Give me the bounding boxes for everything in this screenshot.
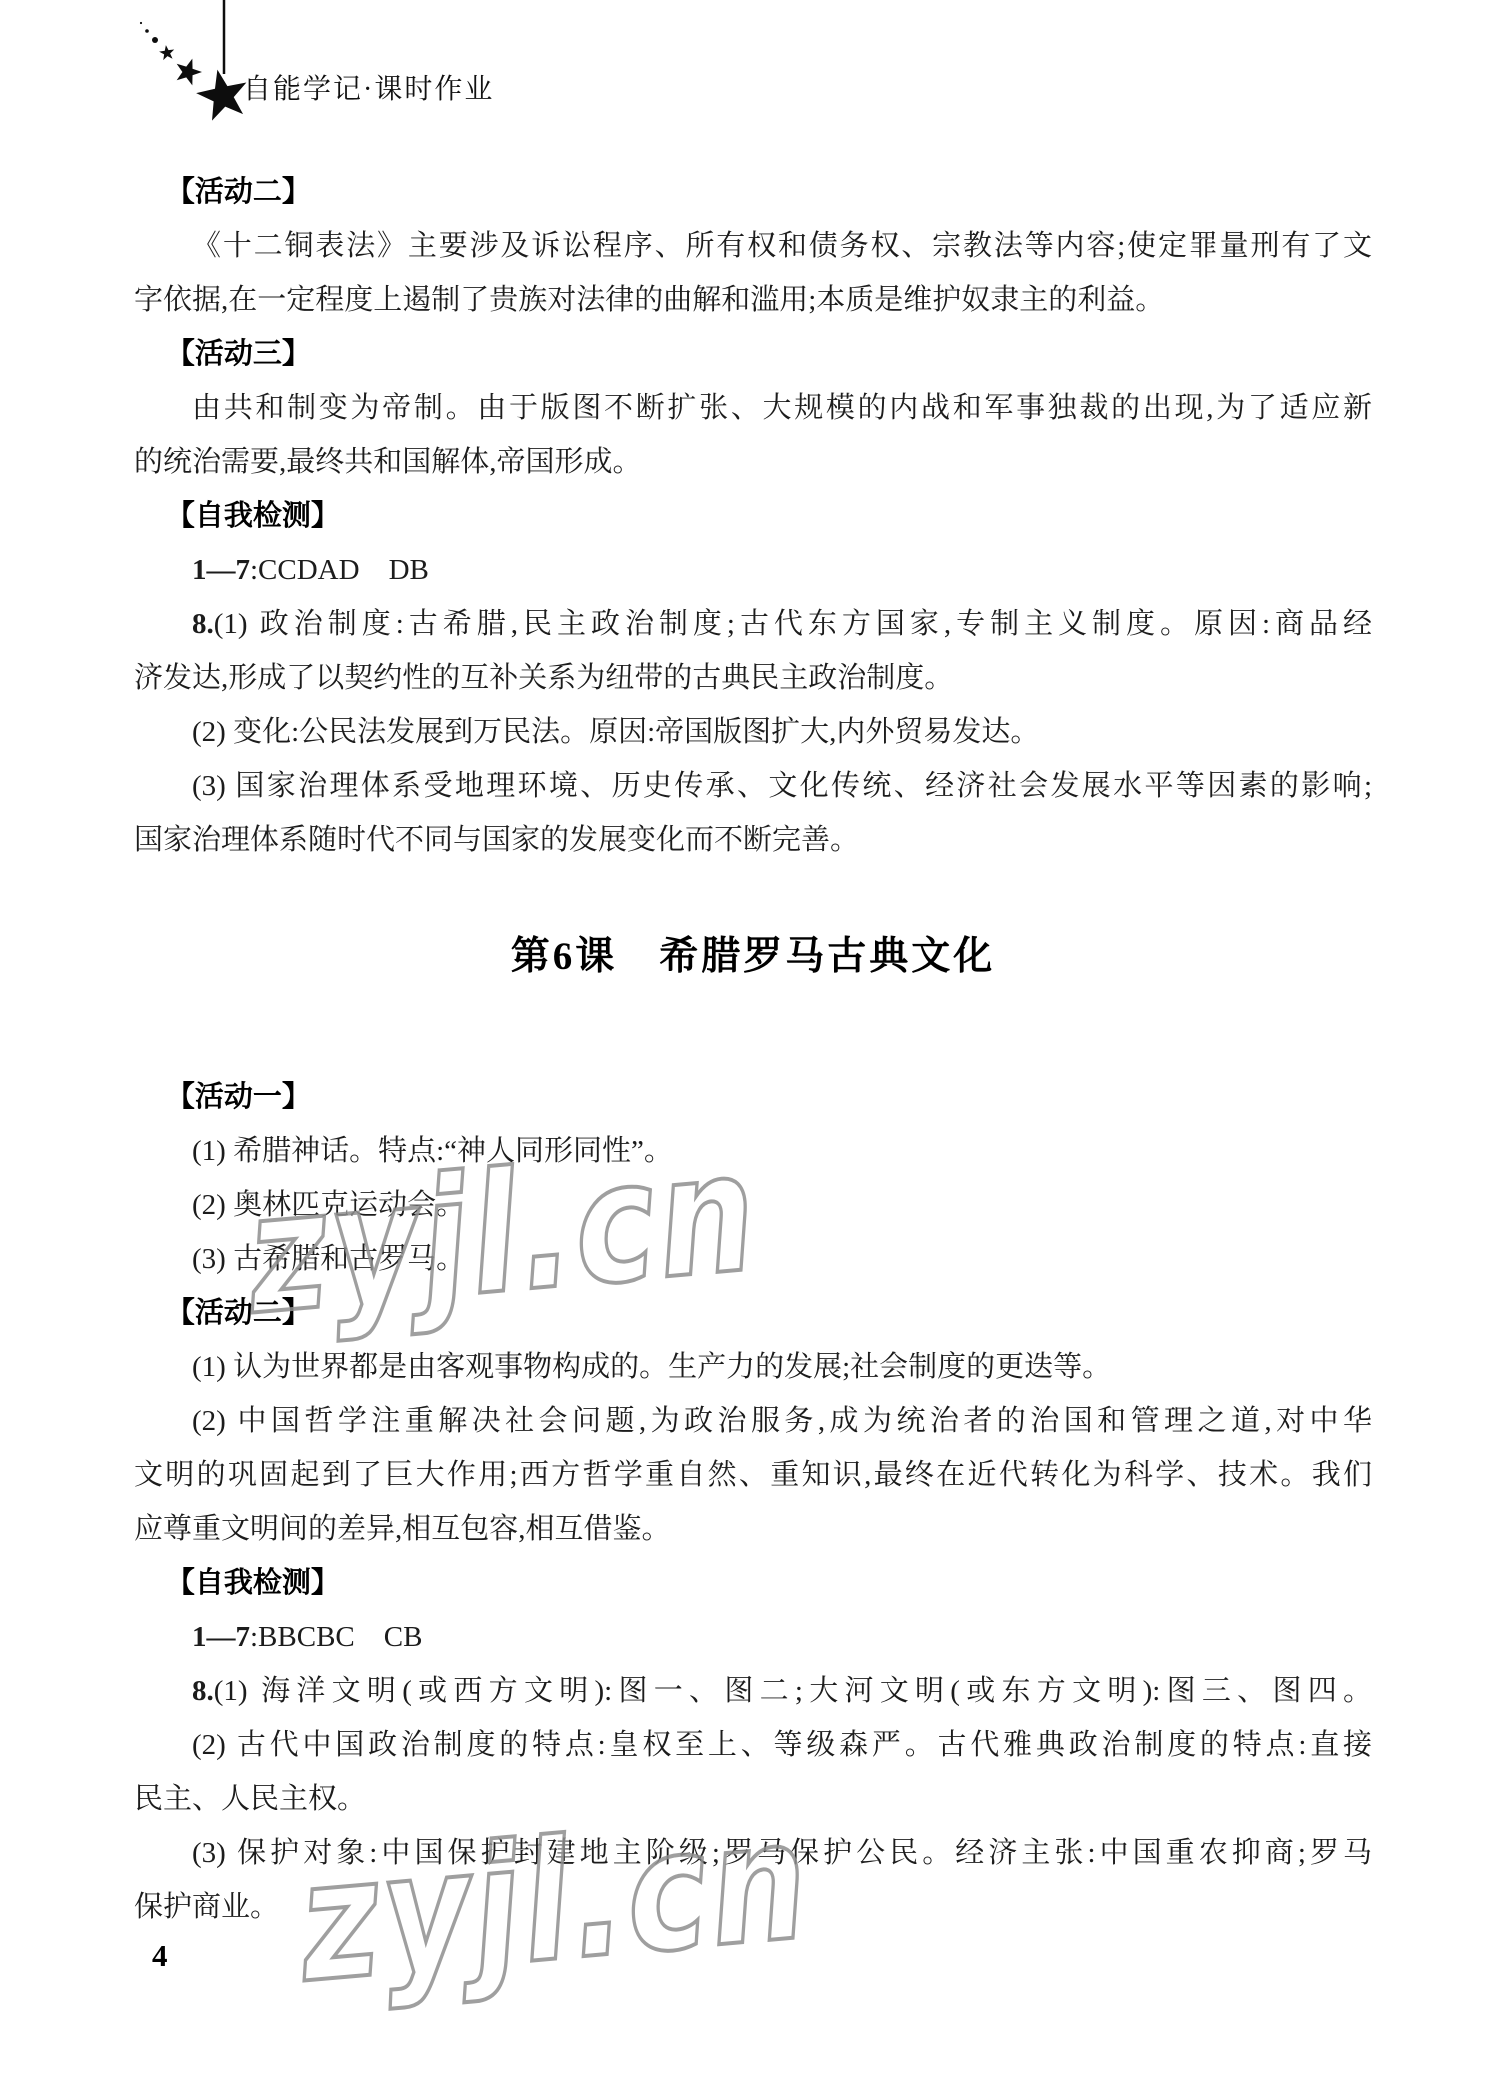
text-line: 应尊重文明间的差异,相互包容,相互借鉴。 xyxy=(134,1502,1372,1556)
chapter-title: 第6课 希腊罗马古典文化 xyxy=(134,922,1372,992)
text-line: (1) 希腊神话。特点:“神人同形同性”。 xyxy=(134,1124,1372,1178)
star-dot xyxy=(152,37,158,43)
page-number: 4 xyxy=(152,1938,168,1974)
small-star-icon xyxy=(158,44,175,60)
section-heading: 【活动二】 xyxy=(134,165,1372,219)
text-line: (2) 奥林匹克运动会。 xyxy=(134,1178,1372,1232)
answer-number: 8. xyxy=(192,608,214,640)
workbook-answer-page: 自能学记·课时作业 【活动二】《十二铜表法》主要涉及诉讼程序、所有权和债务权、宗… xyxy=(0,0,1504,2094)
text-line: 的统治需要,最终共和国解体,帝国形成。 xyxy=(134,435,1372,489)
hanging-star-decoration xyxy=(120,0,270,135)
text-line: (3) 国家治理体系受地理环境、历史传承、文化传统、经济社会发展水平等因素的影响… xyxy=(134,759,1372,813)
section-heading: 【活动三】 xyxy=(134,327,1372,381)
text-line: (2) 中国哲学注重解决社会问题,为政治服务,成为统治者的治国和管理之道,对中华 xyxy=(134,1394,1372,1448)
medium-star-icon xyxy=(172,55,205,87)
text-line: (2) 古代中国政治制度的特点:皇权至上、等级森严。古代雅典政治制度的特点:直接 xyxy=(134,1718,1372,1772)
text-line: 济发达,形成了以契约性的互补关系为纽带的古典民主政治制度。 xyxy=(134,651,1372,705)
star-dot xyxy=(140,22,142,24)
text-line: (1) 认为世界都是由客观事物构成的。生产力的发展;社会制度的更迭等。 xyxy=(134,1340,1372,1394)
answer-text: :CCDAD DB xyxy=(250,554,429,586)
text-line: (2) 变化:公民法发展到万民法。原因:帝国版图扩大,内外贸易发达。 xyxy=(134,705,1372,759)
answer-text: :BBCBC CB xyxy=(250,1621,422,1653)
section-heading: 【自我检测】 xyxy=(134,1556,1372,1610)
text-line: 国家治理体系随时代不同与国家的发展变化而不断完善。 xyxy=(134,813,1372,867)
answer-text: (1) 政治制度:古希腊,民主政治制度;古代东方国家,专制主义制度。原因:商品经 xyxy=(214,608,1372,640)
book-title: 自能学记·课时作业 xyxy=(243,70,494,110)
text-line: 保护商业。 xyxy=(134,1880,1372,1934)
text-line: 民主、人民主权。 xyxy=(134,1772,1372,1826)
text-line: 由共和制变为帝制。由于版图不断扩张、大规模的内战和军事独裁的出现,为了适应新 xyxy=(134,381,1372,435)
text-line: 文明的巩固起到了巨大作用;西方哲学重自然、重知识,最终在近代转化为科学、技术。我… xyxy=(134,1448,1372,1502)
text-line: (3) 古希腊和古罗马。 xyxy=(134,1232,1372,1286)
answer-number: 1—7 xyxy=(192,1621,250,1653)
text-line: 8.(1) 海洋文明(或西方文明):图一、图二;大河文明(或东方文明):图三、图… xyxy=(134,1664,1372,1718)
star-dot xyxy=(145,29,149,33)
text-line: 字依据,在一定程度上遏制了贵族对法律的曲解和滥用;本质是维护奴隶主的利益。 xyxy=(134,273,1372,327)
text-line: 8.(1) 政治制度:古希腊,民主政治制度;古代东方国家,专制主义制度。原因:商… xyxy=(134,597,1372,651)
text-line: 《十二铜表法》主要涉及诉讼程序、所有权和债务权、宗教法等内容;使定罪量刑有了文 xyxy=(134,219,1372,273)
section-heading: 【活动一】 xyxy=(134,1070,1372,1124)
text-line: 1—7:CCDAD DB xyxy=(134,543,1372,597)
text-line: (3) 保护对象:中国保护封建地主阶级;罗马保护公民。经济主张:中国重农抑商;罗… xyxy=(134,1826,1372,1880)
answer-number: 8. xyxy=(192,1675,214,1707)
text-line: 1—7:BBCBC CB xyxy=(134,1610,1372,1664)
section-heading: 【自我检测】 xyxy=(134,489,1372,543)
answer-content: 【活动二】《十二铜表法》主要涉及诉讼程序、所有权和债务权、宗教法等内容;使定罪量… xyxy=(134,165,1372,1934)
answer-text: (1) 海洋文明(或西方文明):图一、图二;大河文明(或东方文明):图三、图四。 xyxy=(214,1675,1372,1707)
section-heading: 【活动二】 xyxy=(134,1286,1372,1340)
answer-number: 1—7 xyxy=(192,554,250,586)
